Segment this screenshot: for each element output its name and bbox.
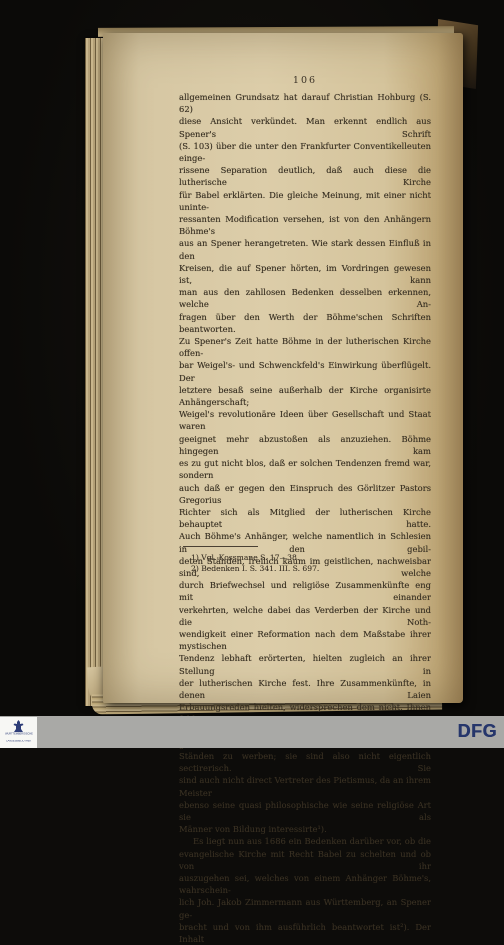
text-line: Tendenz lebhaft erörterten, hielten zugl… — [179, 652, 431, 676]
text-line: Richter sich als Mitglied der lutherisch… — [179, 506, 431, 530]
text-line: der lutherischen Kirche fest. Ihre Zusam… — [179, 677, 431, 701]
text-line: man aus den zahllosen Bedenken desselben… — [179, 286, 431, 310]
text-line: geeignet mehr abzustoßen als anzuziehen.… — [179, 433, 431, 457]
text-line: ressanten Modification versehen, ist von… — [179, 213, 431, 237]
text-line: für Babel erklärten. Die gleiche Meinung… — [179, 189, 431, 213]
text-line: wendigkeit einer Reformation nach dem Ma… — [179, 628, 431, 652]
text-line: rissene Separation deutlich, daß auch di… — [179, 164, 431, 188]
text-line: auch daß er gegen den Einspruch des Görl… — [179, 482, 431, 506]
footnote: 2) Bedenken I. S. 341. III. S. 697. — [191, 563, 421, 574]
library-emblem-icon — [13, 720, 24, 732]
text-line: bar Weigel's- und Schwenckfeld's Einwirk… — [179, 359, 431, 383]
text-line: letztere besaß seine außerhalb der Kirch… — [179, 384, 431, 408]
text-line: durch Briefwechsel und religiöse Zusamme… — [179, 579, 431, 603]
library-name-line1: WÜRTTEMBERGISCHE — [5, 733, 33, 736]
library-name-line2: LANDESBIBLIOTHEK — [6, 740, 31, 743]
footnotes: 1) Vgl. Kossmane S. 17—38.2) Bedenken I.… — [191, 552, 421, 574]
footnote: 1) Vgl. Kossmane S. 17—38. — [191, 552, 421, 563]
library-badge: WÜRTTEMBERGISCHE LANDESBIBLIOTHEK — [0, 717, 37, 748]
footnote-divider — [183, 546, 258, 547]
scan-footer-bar — [0, 716, 504, 748]
dfg-logo: DFG — [458, 721, 498, 742]
page-number: 106 — [179, 75, 431, 86]
text-line: verkehrten, welche dabei das Verderben d… — [179, 604, 431, 628]
text-line: diese Ansicht verkündet. Man erkennt end… — [179, 115, 431, 139]
text-line: Weigel's revolutionäre Ideen über Gesell… — [179, 408, 431, 432]
text-line: allgemeinen Grundsatz hat darauf Christi… — [179, 91, 431, 115]
text-line: Zu Spener's Zeit hatte Böhme in der luth… — [179, 335, 431, 359]
text-line: (S. 103) über die unter den Frankfurter … — [179, 140, 431, 164]
text-line: fragen über den Werth der Böhme'schen Sc… — [179, 311, 431, 335]
text-line: aus an Spener herangetreten. Wie stark d… — [179, 237, 431, 261]
text-line: es zu gut nicht blos, daß er solchen Ten… — [179, 457, 431, 481]
text-line: Kreisen, die auf Spener hörten, im Vordr… — [179, 262, 431, 286]
scanner-background: 106 allgemeinen Grundsatz hat darauf Chr… — [0, 0, 504, 748]
paragraph: allgemeinen Grundsatz hat darauf Christi… — [179, 91, 431, 748]
text-block: allgemeinen Grundsatz hat darauf Christi… — [179, 91, 431, 748]
book-page: 106 allgemeinen Grundsatz hat darauf Chr… — [103, 33, 463, 703]
